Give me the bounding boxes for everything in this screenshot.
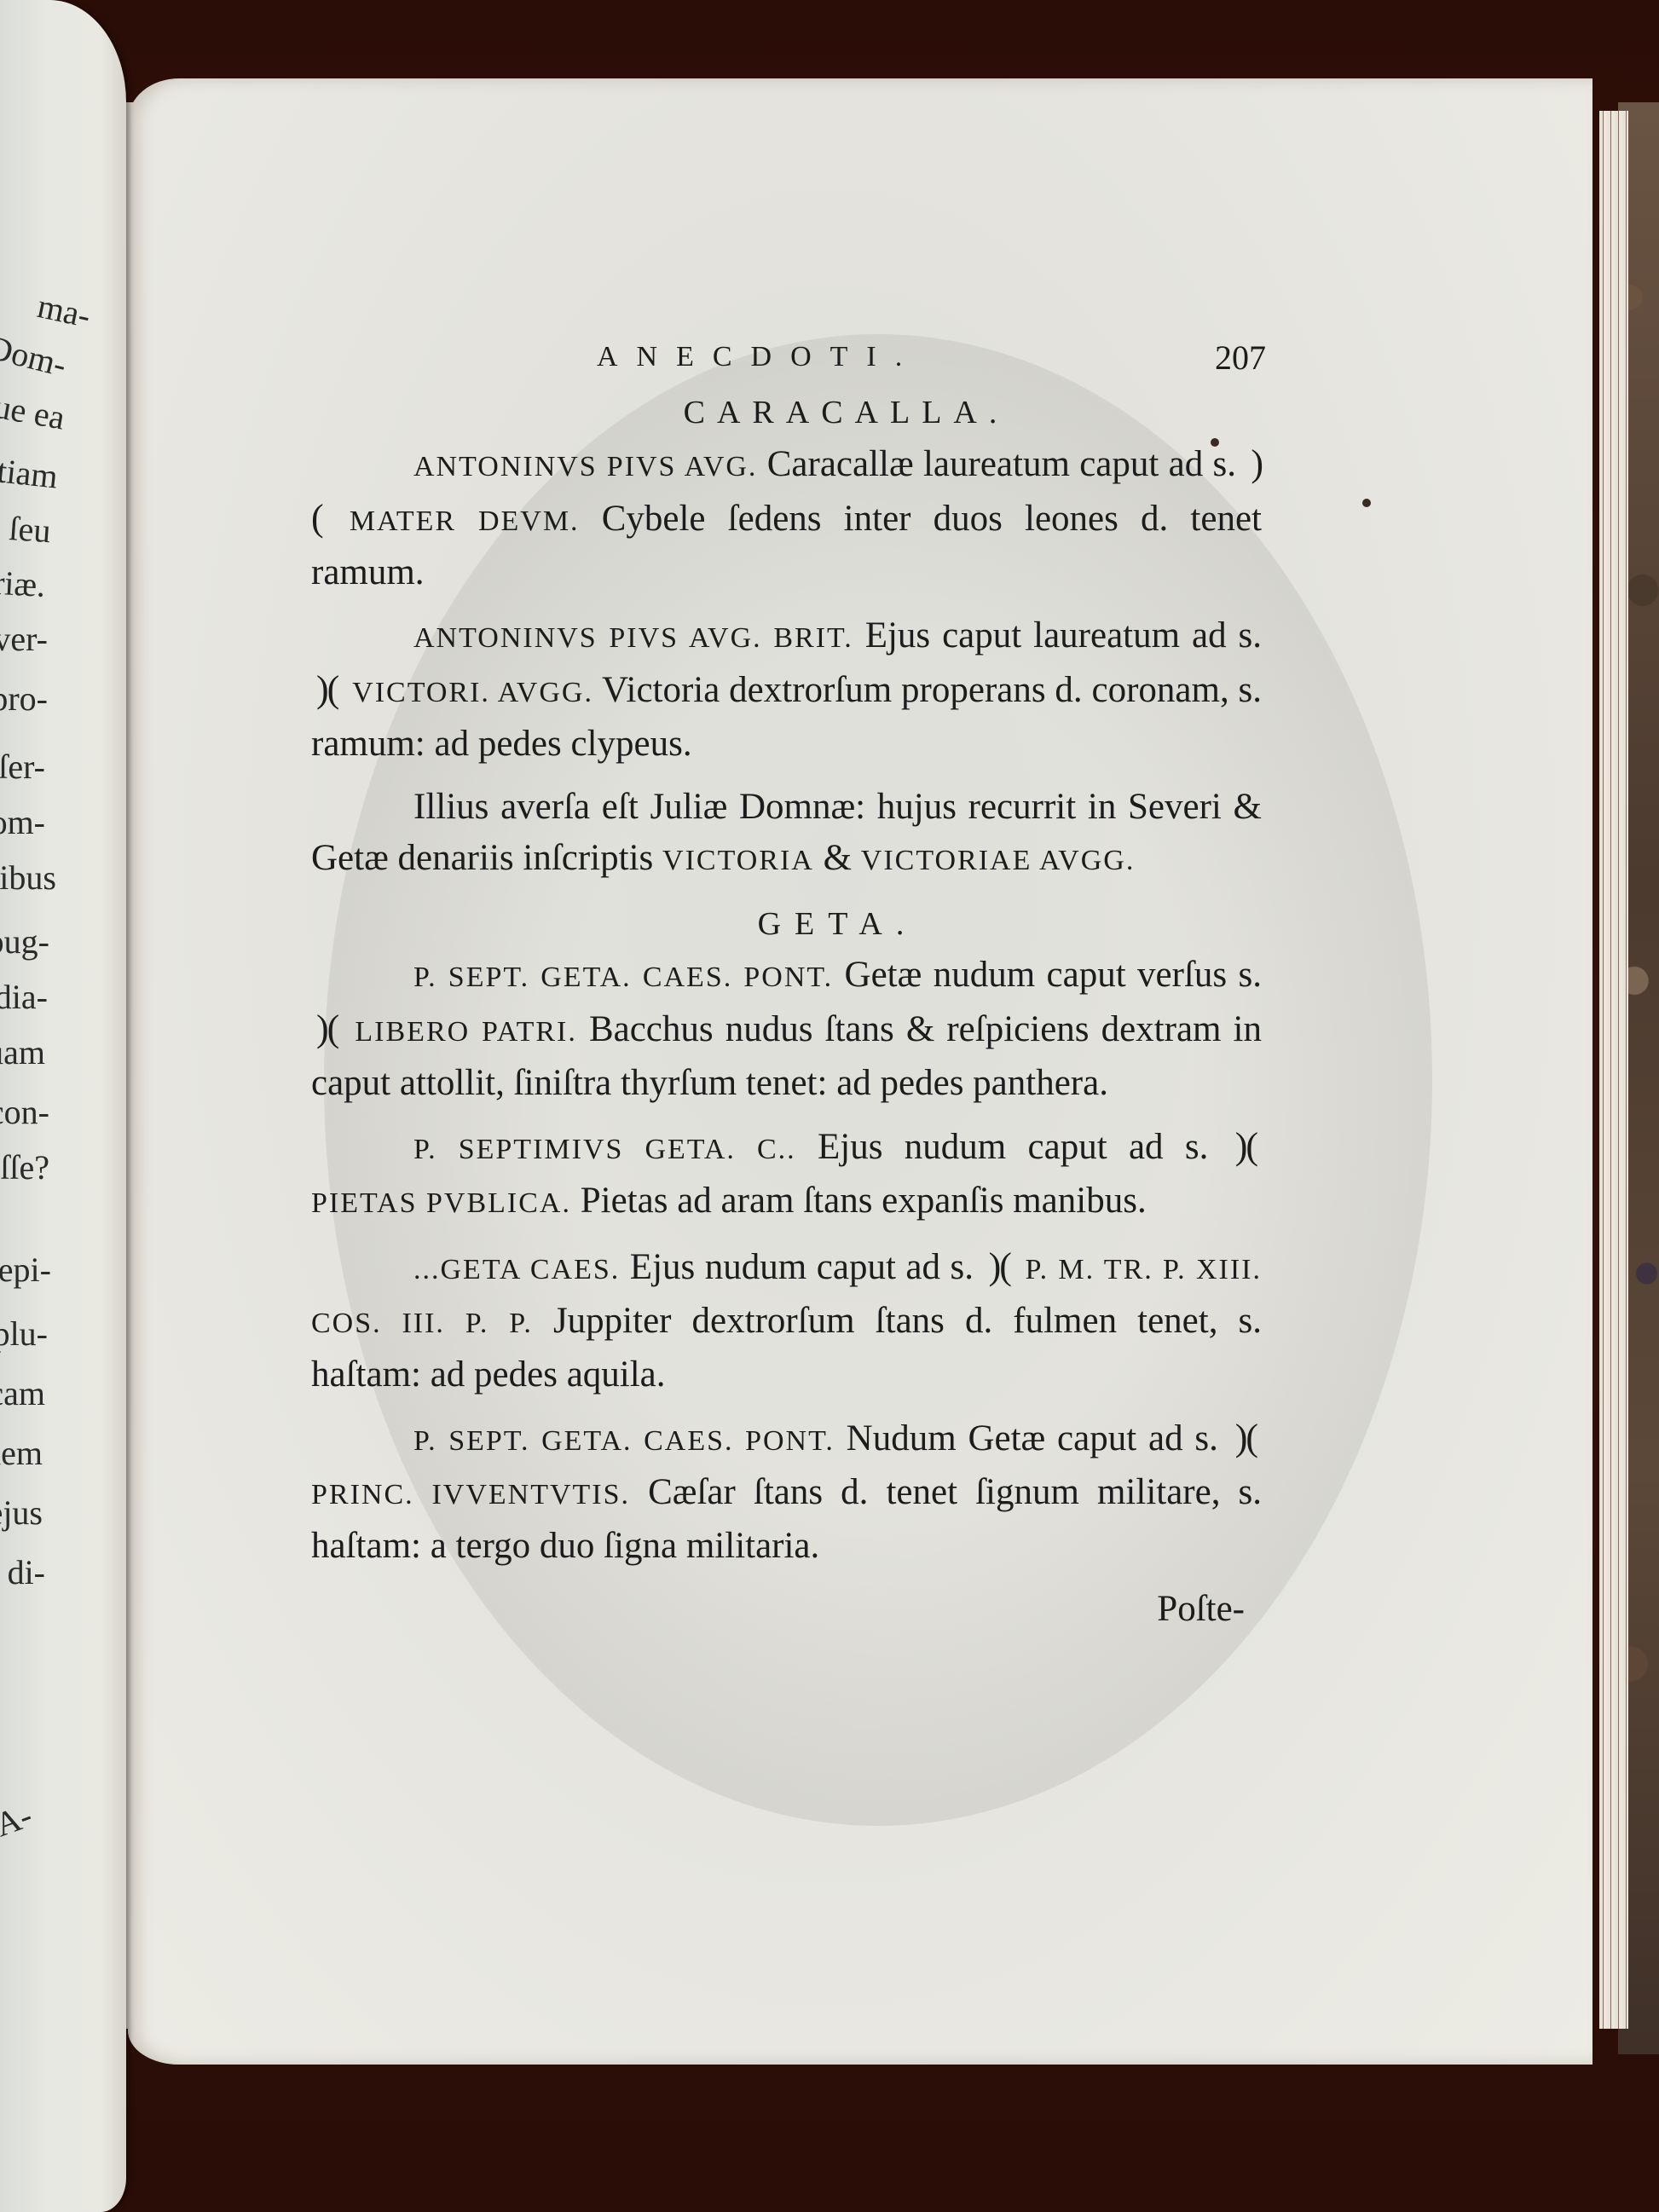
obverse-description: Ejus nudum caput ad s. — [630, 1247, 974, 1287]
left-facing-page: ma- Dom- que ea etiam R. ſeu triæ. aver-… — [0, 0, 126, 2212]
reverse-legend: VICTORI. AVGG. — [352, 677, 593, 708]
legend-reference: VICTORIAE AVGG. — [861, 845, 1136, 876]
reverse-marker: )( — [311, 1008, 343, 1049]
obverse-description: Nudum Getæ caput ad s. — [847, 1418, 1218, 1458]
obverse-legend: ANTONINVS PIVS AVG. — [413, 451, 757, 482]
conjunction: & — [824, 838, 852, 878]
section-heading-caracalla: CARACALLA. — [311, 387, 1262, 438]
obverse-description: Ejus caput laureatum ad s. — [865, 615, 1262, 656]
page-number: 207 — [1215, 338, 1266, 378]
reverse-legend: PIETAS PVBLICA. — [311, 1187, 571, 1219]
ink-speck — [1362, 499, 1371, 507]
left-fragment: con- — [0, 1095, 49, 1129]
left-fragment: R. ſeu — [0, 509, 52, 549]
catchword: Poſte- — [311, 1584, 1262, 1635]
reverse-legend: LIBERO PATRI. — [355, 1016, 576, 1048]
left-fragment: n pug- — [0, 925, 49, 959]
left-fragment: mplu- — [0, 1317, 48, 1351]
legend-reference: VICTORIA — [662, 845, 814, 876]
left-fragment: Adia- — [0, 980, 48, 1014]
coin-entry: P. SEPT. GETA. CAES. PONT. Nudum Getæ ca… — [311, 1412, 1262, 1572]
reverse-marker: )( — [1230, 1125, 1262, 1167]
left-fragment: s epi- — [0, 1253, 51, 1287]
coin-entry: ANTONINVS PIVS AVG. BRIT. Ejus caput lau… — [311, 610, 1262, 770]
coin-entry: ANTONINVS PIVS AVG. Caracallæ laureatum … — [311, 438, 1262, 598]
obverse-legend: ANTONINVS PIVS AVG. BRIT. — [413, 622, 853, 654]
left-fragment: Dom- — [0, 330, 69, 382]
left-fragment: ſer- — [0, 750, 45, 784]
left-fragment: edem — [0, 1436, 43, 1470]
reverse-marker: )( — [311, 668, 343, 710]
left-fragment: fuiſſe? — [0, 1151, 49, 1185]
left-fragment: t di- — [0, 1556, 45, 1590]
left-fragment: pro- — [0, 682, 48, 716]
reverse-description: Pietas ad aram ſtans expanſis manibus. — [581, 1181, 1147, 1221]
obverse-description: Ejus nudum caput ad s. — [818, 1127, 1208, 1167]
obverse-description: Caracallæ laureatum caput ad s. — [767, 444, 1236, 484]
obverse-legend: P. SEPTIMIVS GETA. C.. — [413, 1134, 796, 1165]
left-fragment: RA- — [0, 1798, 37, 1850]
reverse-marker: )( — [1230, 1417, 1262, 1458]
obverse-legend: ...GETA CAES. — [413, 1254, 620, 1285]
reverse-marker: )( — [984, 1245, 1015, 1287]
obverse-legend: P. SEPT. GETA. CAES. PONT. — [413, 962, 833, 993]
left-fragment: que ea — [0, 386, 67, 435]
left-fragment: om- — [0, 806, 45, 840]
left-fragment: quam — [0, 1036, 45, 1070]
obverse-description: Getæ nudum caput verſus s. — [845, 955, 1262, 995]
obverse-legend: P. SEPT. GETA. CAES. PONT. — [413, 1425, 835, 1457]
running-head-title: ANECDOTI. — [597, 341, 921, 373]
commentary-paragraph: Illius averſa eſt Juliæ Domnæ: hujus rec… — [311, 782, 1262, 887]
reverse-legend: PRINC. IVVENTVTIS. — [311, 1479, 630, 1510]
running-head: ANECDOTI. 207 — [311, 341, 1262, 392]
left-fragment: ejus — [0, 1496, 43, 1530]
coin-entry: P. SEPTIMIVS GETA. C.. Ejus nudum caput … — [311, 1121, 1262, 1229]
left-fragment: ticam — [0, 1377, 45, 1411]
left-fragment: triæ. — [0, 565, 46, 603]
left-fragment: ma- — [34, 289, 93, 333]
section-heading-geta: GETA. — [311, 898, 1262, 950]
coin-entry: P. SEPT. GETA. CAES. PONT. Getæ nudum ca… — [311, 950, 1262, 1109]
reverse-legend: MATER DEVM. — [350, 505, 580, 537]
left-fragment: etiam — [0, 452, 60, 494]
page-fore-edge — [1599, 111, 1628, 2029]
left-fragment: aver- — [0, 622, 48, 656]
coin-entry: ...GETA CAES. Ejus nudum caput ad s. )( … — [311, 1241, 1262, 1401]
page-text: ANECDOTI. 207 CARACALLA. ANTONINVS PIVS … — [311, 341, 1262, 1635]
left-fragment: tribus — [0, 861, 56, 895]
